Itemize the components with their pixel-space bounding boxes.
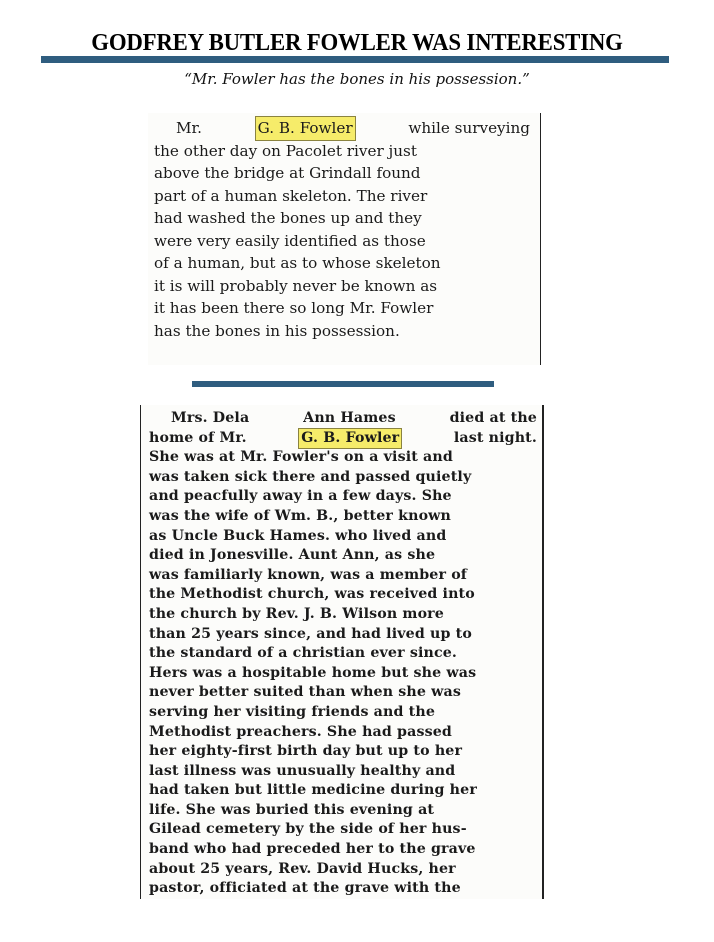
clipping-line: last illness was unusually healthy and [149, 762, 537, 782]
text-span: Mr. [176, 117, 202, 140]
text-span: Ann Hames [303, 409, 396, 429]
clipping-text: Mr. G. B. Fowler while surveying the oth… [154, 117, 530, 342]
clipping-line: the church by Rev. J. B. Wilson more [149, 605, 537, 625]
clipping-line: her eighty-first birth day but up to her [149, 742, 537, 762]
highlighted-name: G. B. Fowler [299, 429, 401, 449]
text-span: Mrs. Dela [171, 409, 249, 429]
text-span: home of Mr. [149, 429, 247, 449]
clipping-line: died in Jonesville. Aunt Ann, as she [149, 546, 537, 566]
clipping-line: Methodist preachers. She had passed [149, 723, 537, 743]
clipping-line: has the bones in his possession. [154, 320, 530, 343]
clipping-line: it is will probably never be known as [154, 275, 530, 298]
clipping-line: had taken but little medicine during her [149, 781, 537, 801]
text-span: died at the [450, 409, 537, 429]
clipping-line: pastor, officiated at the grave with the [149, 879, 537, 899]
clipping-line: the standard of a christian ever since. [149, 644, 537, 664]
newspaper-clipping-skeleton: Mr. G. B. Fowler while surveying the oth… [148, 113, 541, 365]
clipping-line: above the bridge at Grindall found [154, 162, 530, 185]
clipping-line: of a human, but as to whose skeleton [154, 252, 530, 275]
section-divider [192, 381, 494, 387]
clipping-line: home of Mr. G. B. Fowler last night. [149, 429, 537, 449]
highlighted-name: G. B. Fowler [256, 117, 355, 140]
clipping-line: than 25 years since, and had lived up to [149, 625, 537, 645]
clipping-line: the Methodist church, was received into [149, 585, 537, 605]
clipping-line: She was at Mr. Fowler's on a visit and [149, 448, 537, 468]
clipping-line: band who had preceded her to the grave [149, 840, 537, 860]
clipping-line: was the wife of Wm. B., better known [149, 507, 537, 527]
clipping-line: it has been there so long Mr. Fowler [154, 297, 530, 320]
clipping-line: as Uncle Buck Hames. who lived and [149, 527, 537, 547]
clipping-line: the other day on Pacolet river just [154, 140, 530, 163]
clipping-line: and peacfully away in a few days. She [149, 487, 537, 507]
clipping-line: never better suited than when she was [149, 683, 537, 703]
clipping-line: Gilead cemetery by the side of her hus- [149, 820, 537, 840]
text-span: last night. [454, 429, 537, 449]
clipping-line: had washed the bones up and they [154, 207, 530, 230]
pull-quote: “Mr. Fowler has the bones in his possess… [0, 70, 714, 88]
page-title: GODFREY BUTLER FOWLER WAS INTERESTING [18, 30, 696, 57]
text-span: while surveying [408, 117, 530, 140]
clipping-line: was taken sick there and passed quietly [149, 468, 537, 488]
clipping-text: Mrs. Dela Ann Hames died at the home of … [149, 409, 537, 899]
newspaper-clipping-obituary: Mrs. Dela Ann Hames died at the home of … [140, 405, 544, 899]
clipping-line: life. She was buried this evening at [149, 801, 537, 821]
clipping-line: serving her visiting friends and the [149, 703, 537, 723]
clipping-line: Hers was a hospitable home but she was [149, 664, 537, 684]
title-underline-rule [41, 56, 669, 63]
clipping-line: Mrs. Dela Ann Hames died at the [149, 409, 537, 429]
clipping-line: were very easily identified as those [154, 230, 530, 253]
clipping-line: part of a human skeleton. The river [154, 185, 530, 208]
clipping-line: was familiarly known, was a member of [149, 566, 537, 586]
clipping-line: about 25 years, Rev. David Hucks, her [149, 860, 537, 880]
clipping-line: Mr. G. B. Fowler while surveying [154, 117, 530, 140]
